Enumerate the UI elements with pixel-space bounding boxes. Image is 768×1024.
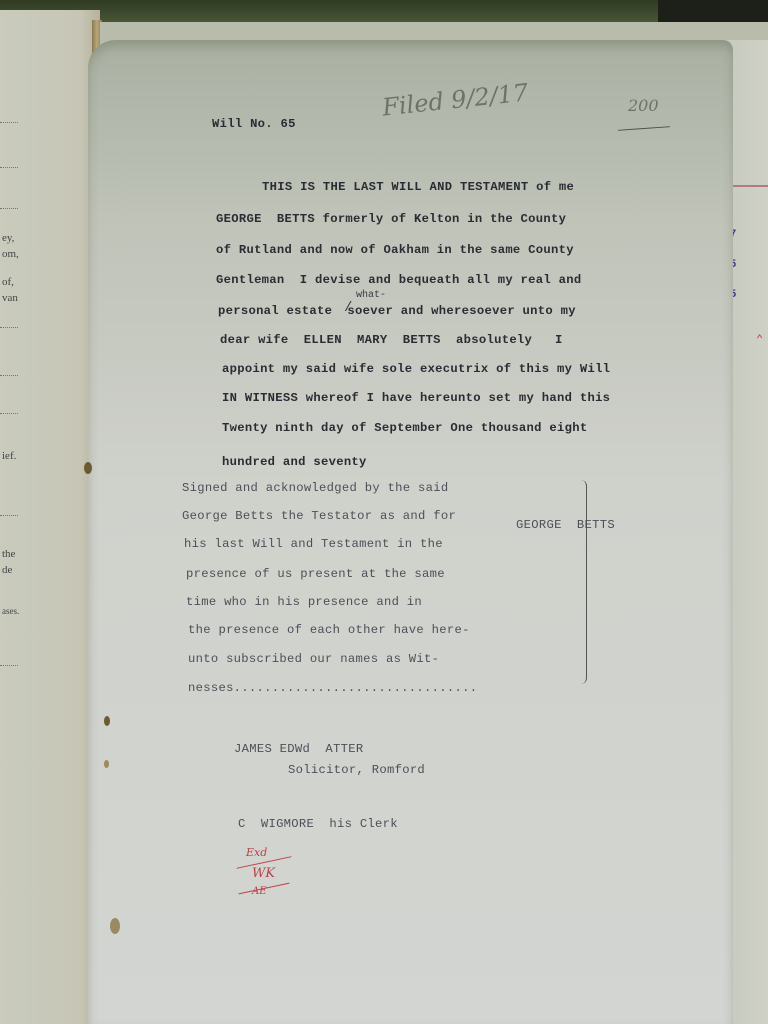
red-annotation-line: WK (252, 866, 275, 881)
red-mark: ⌃ (756, 332, 763, 347)
dotted-rule (0, 167, 18, 168)
attestation-line: presence of us present at the same (186, 567, 445, 581)
witness-2: C WIGMORE his Clerk (238, 817, 398, 831)
attestation-line: his last Will and Testament in the (184, 537, 443, 551)
will-body-line: appoint my said wife sole executrix of t… (222, 362, 610, 376)
red-annotation-line: Exd (246, 846, 267, 859)
attestation-line: unto subscribed our names as Wit- (188, 652, 439, 666)
will-body-line: hundred and seventy (222, 455, 367, 469)
will-body-line: GEORGE BETTS formerly of Kelton in the C… (216, 212, 566, 226)
will-body-line: dear wife ELLEN MARY BETTS absolutely I (220, 333, 563, 347)
left-facing-page: ey, om, of, van ief. the de ases. (0, 10, 100, 1024)
red-rule (732, 185, 768, 187)
paper-tear (84, 462, 92, 474)
handwritten-underline (618, 126, 670, 131)
left-page-text: van (2, 292, 18, 304)
attestation-brace (578, 480, 587, 684)
attestation-line: nesses................................ (188, 681, 477, 695)
handwritten-page-number: 200 (628, 96, 659, 115)
dotted-rule (0, 515, 18, 516)
dotted-rule (0, 208, 18, 209)
will-body-line: Twenty ninth day of September One thousa… (222, 421, 587, 435)
witness-1-name: JAMES EDWd ATTER (234, 742, 363, 756)
attestation-line: the presence of each other have here- (188, 623, 470, 637)
attestation-line: Signed and acknowledged by the said (182, 481, 448, 495)
dotted-rule (0, 327, 18, 328)
will-body-line: personal estate soever and wheresoever u… (218, 304, 576, 318)
paper-tear (104, 760, 109, 768)
will-body-line: IN WITNESS whereof I have hereunto set m… (222, 391, 610, 405)
left-page-text: ey, (2, 232, 14, 244)
left-page-text: ief. (2, 450, 16, 462)
dotted-rule (0, 413, 18, 414)
attestation-line: time who in his presence and in (186, 595, 422, 609)
left-page-text: ases. (2, 606, 19, 616)
left-page-text: om, (2, 248, 19, 260)
dotted-rule (0, 122, 18, 123)
will-number: Will No. 65 (212, 117, 296, 131)
attestation-line: George Betts the Testator as and for (182, 509, 456, 523)
dotted-rule (0, 665, 18, 666)
inserted-word: what- (356, 290, 386, 301)
paper-tear (104, 716, 110, 726)
handwritten-filed-date: Filed 9/2/17 (381, 78, 530, 121)
witness-1-title: Solicitor, Romford (288, 763, 425, 777)
will-body-line: THIS IS THE LAST WILL AND TESTAMENT of m… (262, 180, 574, 194)
will-document-sheet: Will No. 65 Filed 9/2/17 200 THIS IS THE… (88, 40, 733, 1024)
red-annotation-line: AE (252, 886, 267, 897)
left-page-text: the (2, 548, 15, 560)
dotted-rule (0, 375, 18, 376)
paper-tear (110, 918, 120, 934)
testator-signature: GEORGE BETTS (516, 518, 615, 532)
will-body-line: Gentleman I devise and bequeath all my r… (216, 273, 581, 287)
left-page-text: de (2, 564, 12, 576)
left-page-text: of, (2, 276, 14, 288)
will-body-line: of Rutland and now of Oakham in the same… (216, 243, 574, 257)
